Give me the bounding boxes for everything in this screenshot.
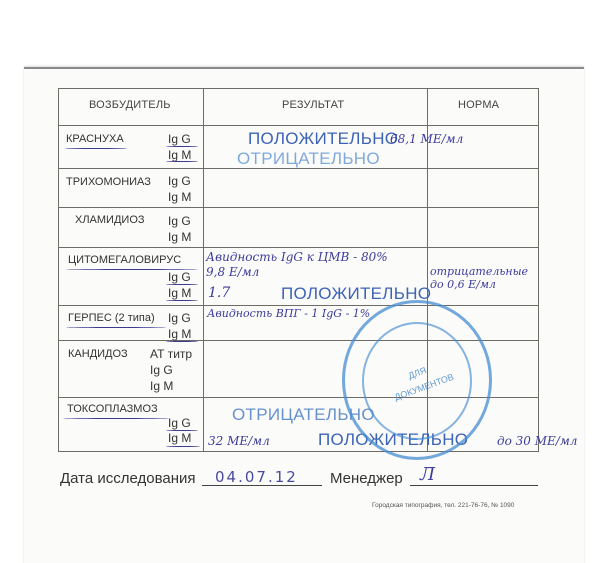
pen-underline (166, 146, 198, 147)
result-handwritten: 32 МЕ/мл (208, 434, 270, 448)
result-handwritten: Авидность ВПГ - 1 IgG - 1% (207, 307, 370, 320)
header-norm: НОРМА (458, 99, 499, 111)
result-stamp: ОТРИЦАТЕЛЬНО (237, 149, 380, 169)
antibody-label: Ig M (168, 286, 191, 300)
pathogen-name: ЦИТОМЕГАЛОВИРУС (68, 254, 181, 266)
pathogen-name: ГЕРПЕС (2 типа) (68, 312, 155, 324)
row-divider (58, 125, 539, 126)
pen-underline (166, 446, 200, 447)
pathogen-name: КРАСНУХА (66, 133, 124, 145)
pen-underline (166, 430, 198, 431)
antibody-label: Ig G (150, 363, 173, 377)
header-pathogen: ВОЗБУДИТЕЛЬ (89, 99, 171, 111)
pen-underline (166, 300, 198, 301)
pen-underline (63, 418, 169, 419)
manager-signature: Л (420, 464, 435, 485)
antibody-label: Ig G (168, 270, 191, 284)
antibody-label: Ig G (168, 174, 191, 188)
antibody-label: Ig M (168, 190, 191, 204)
date-label: Дата исследования (60, 470, 196, 487)
result-stamp: ПОЛОЖИТЕЛЬНО (248, 129, 398, 149)
antibody-label: Ig M (168, 327, 191, 341)
row-divider (58, 305, 539, 306)
row-divider (58, 207, 539, 208)
date-value: 04.07.12 (215, 468, 298, 486)
antibody-label: Ig G (168, 214, 191, 228)
pathogen-name: ТРИХОМОНИАЗ (66, 176, 151, 188)
antibody-label: Ig G (168, 416, 191, 430)
seal-inner-ring (362, 322, 472, 440)
antibody-label: Ig M (168, 431, 191, 445)
antibody-label: Ig M (150, 379, 173, 393)
manager-label: Менеджер (330, 470, 403, 487)
pen-underline (65, 148, 127, 149)
pathogen-name: КАНДИДОЗ (68, 348, 128, 360)
norm-handwritten: отрицательные до 0,6 Е/мл (430, 265, 536, 291)
pathogen-name: ХЛАМИДИОЗ (75, 214, 145, 226)
result-handwritten: 68,1 МЕ/мл (390, 132, 463, 146)
printer-info: Городская типография, тел. 221-76-76, № … (372, 502, 514, 509)
antibody-label: Ig M (168, 230, 191, 244)
row-divider (58, 247, 539, 248)
norm-handwritten: до 30 МЕ/мл (497, 434, 577, 448)
result-handwritten: 9,8 Е/мл (206, 265, 259, 279)
pathogen-name: ТОКСОПЛАЗМОЗ (67, 403, 158, 415)
pen-underline (166, 341, 198, 342)
manager-line (410, 485, 538, 486)
antibody-label: Ig G (168, 311, 191, 325)
pen-underline (66, 327, 166, 328)
header-result: РЕЗУЛЬТАТ (282, 99, 344, 111)
antibody-label: Ig G (168, 132, 191, 146)
pen-underline (166, 161, 198, 162)
result-handwritten: Авидность IgG к ЦМВ - 80% (206, 250, 388, 264)
antibody-label: АТ титр (150, 347, 192, 361)
antibody-label: Ig M (168, 148, 191, 162)
pen-underline (166, 284, 198, 285)
result-handwritten: 1.7 (208, 285, 230, 301)
